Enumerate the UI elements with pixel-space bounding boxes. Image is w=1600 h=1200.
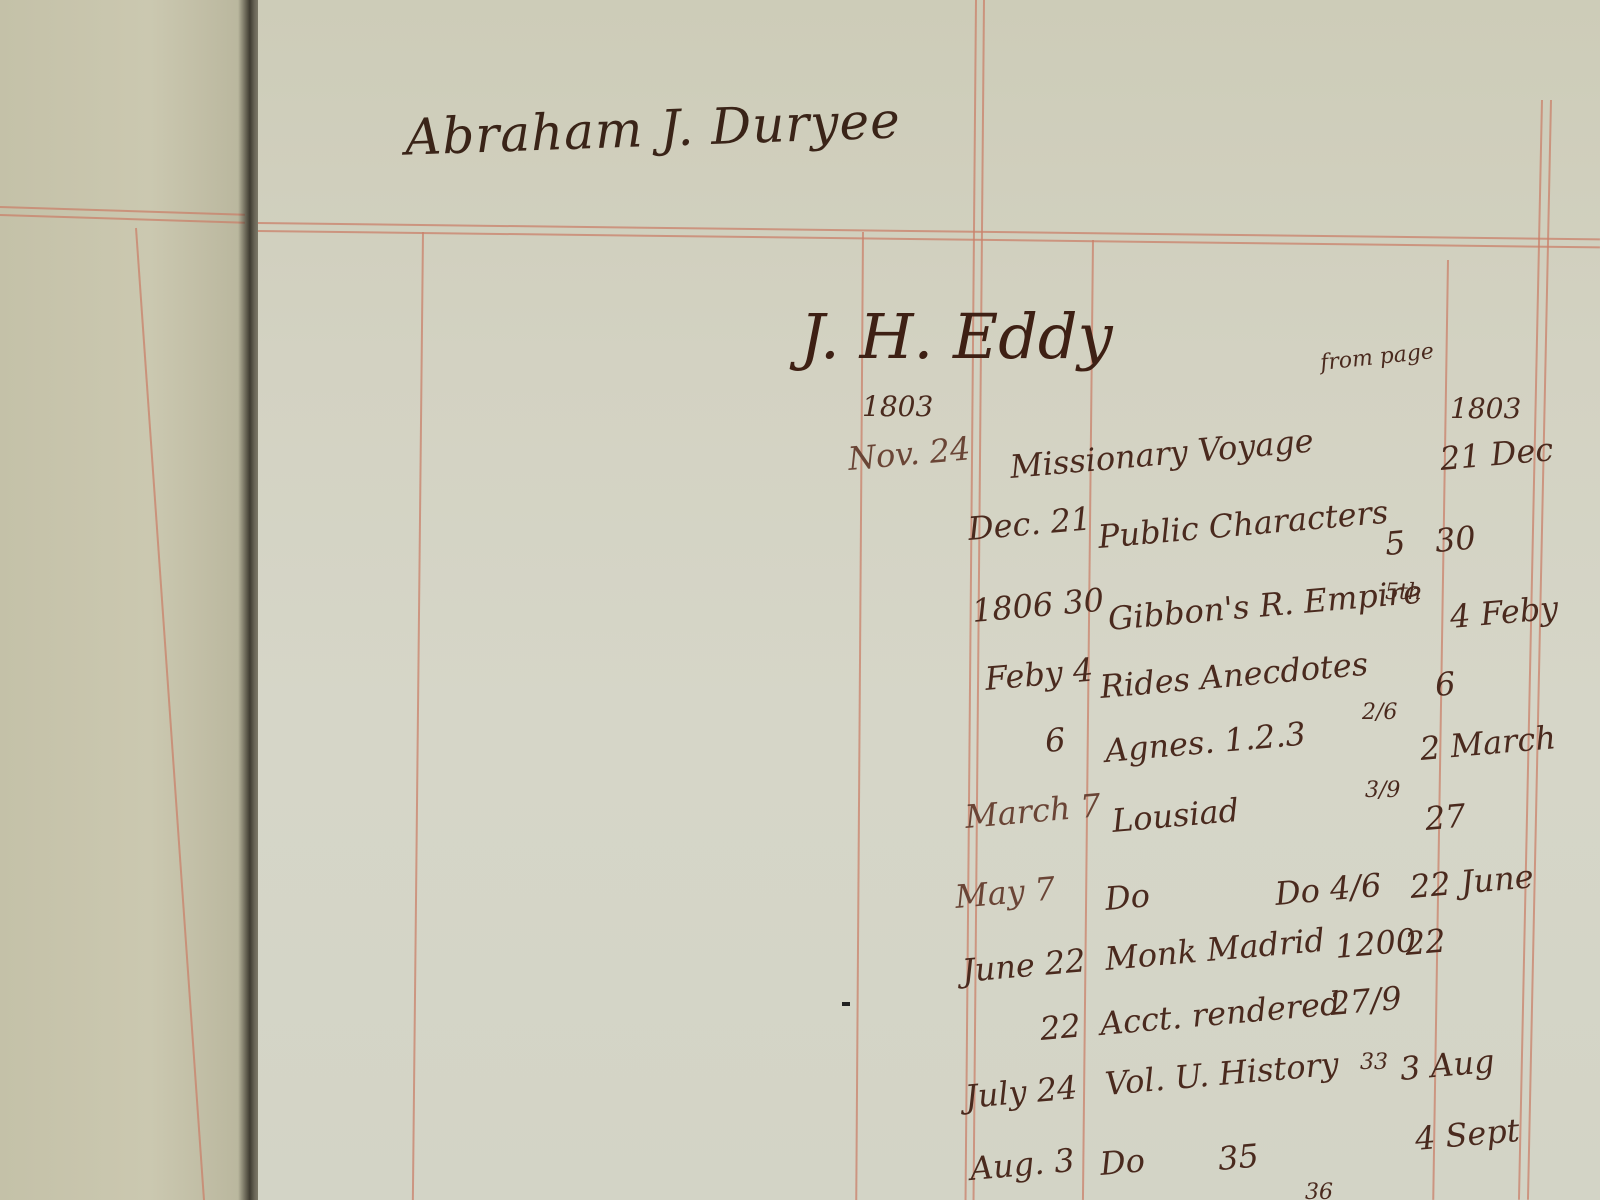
entry-day: 3 <box>1053 1141 1077 1181</box>
entry-amount: 2/6 <box>1362 700 1397 725</box>
entry-day: 22 <box>1038 1007 1082 1048</box>
entry-day: 7 <box>1033 869 1057 909</box>
entry-month: Nov. <box>846 434 921 478</box>
entry-month: June <box>960 946 1036 990</box>
entry-year: 1806 <box>970 585 1054 630</box>
year-right: 1803 <box>1450 392 1521 425</box>
entry-month: Aug. <box>968 1144 1045 1188</box>
entry-item: Do <box>1098 1141 1146 1183</box>
left-page <box>0 0 250 1200</box>
entry-date: 6 <box>1043 720 1067 760</box>
entry-day: 22 <box>1043 941 1087 982</box>
entry-amount: 36 <box>1305 1180 1333 1200</box>
entry-amount: 27/9 <box>1328 979 1403 1023</box>
entry-day: 30 <box>1062 581 1106 622</box>
entry-item: Do <box>1103 876 1151 918</box>
entry-return: 6 <box>1433 664 1457 704</box>
entry-return: 22 <box>1403 922 1447 963</box>
entry-day: 6 <box>1043 720 1067 760</box>
entry-date: 22 <box>1038 1007 1082 1048</box>
year-left: 1803 <box>862 390 933 423</box>
entry-return: 27 <box>1423 797 1467 838</box>
entry-month: Dec. <box>966 504 1042 548</box>
entry-month: July <box>963 1073 1028 1116</box>
entry-amount: 5th <box>1385 580 1422 605</box>
entry-day: 24 <box>1035 1068 1079 1109</box>
entry-amount: 35 <box>1216 1137 1260 1178</box>
entry-day: 24 <box>928 429 972 470</box>
entry-day: 4 <box>1071 651 1095 691</box>
entry-amount: 3/9 <box>1365 778 1400 803</box>
entry-day: 21 <box>1049 499 1093 540</box>
entry-day: 7 <box>1079 786 1103 826</box>
entry-amount: 5 <box>1383 523 1407 563</box>
entry-month: Feby <box>983 653 1064 698</box>
account-heading: J. H. Eddy <box>800 300 1113 373</box>
ink-blot <box>842 1002 850 1006</box>
entry-amount: 33 <box>1360 1050 1388 1075</box>
entry-month: May <box>953 872 1026 916</box>
entry-return: 30 <box>1433 519 1477 560</box>
